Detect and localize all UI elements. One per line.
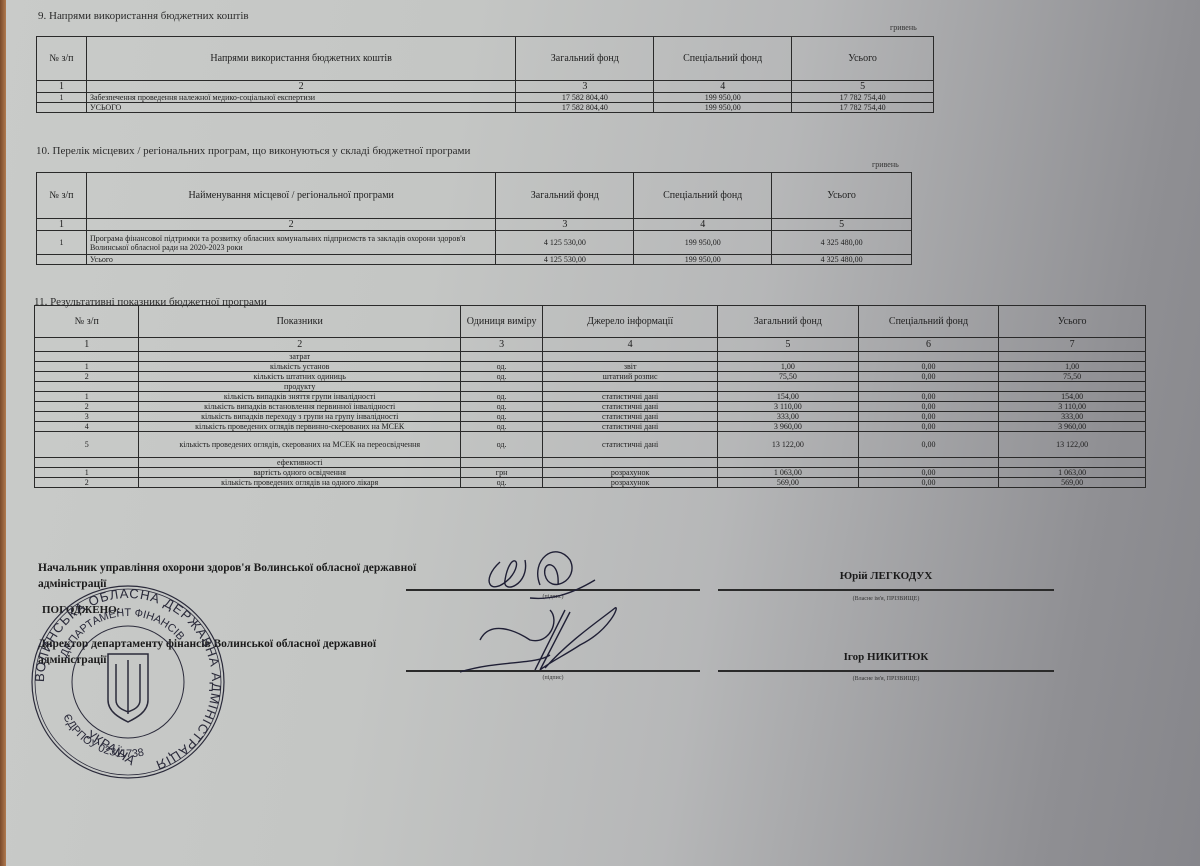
column-number: 1: [35, 338, 139, 352]
column-number: 3: [516, 81, 654, 93]
section-10-title: 10. Перелік місцевих / регіональних прог…: [36, 145, 470, 157]
empty-cell: [999, 458, 1146, 468]
group-name: затрат: [139, 352, 460, 362]
column-header: Спеціальний фонд: [858, 306, 999, 338]
row-number: 2: [35, 372, 139, 382]
total-value: 3 960,00: [999, 422, 1146, 432]
info-source: штатний розпис: [543, 372, 718, 382]
row-name: Забезпечення проведення належної медико-…: [86, 93, 515, 103]
table-row: 1кількість установод.звіт1,000,001,00: [35, 362, 1146, 372]
special-fund-value: 0,00: [858, 412, 999, 422]
indicator-name: кількість штатних одиниць: [139, 372, 460, 382]
column-number: 4: [543, 338, 718, 352]
group-row: ефективності: [35, 458, 1146, 468]
unit-value: од.: [460, 412, 542, 422]
general-fund-value: 569,00: [718, 478, 859, 488]
section-10-unit: гривень: [872, 160, 899, 169]
column-header: Усього: [999, 306, 1146, 338]
indicator-name: кількість випадків переходу з групи на г…: [139, 412, 460, 422]
info-source: статистичні дані: [543, 402, 718, 412]
group-row: затрат: [35, 352, 1146, 362]
table-row: 2кількість випадків встановлення первинн…: [35, 402, 1146, 412]
unit-value: од.: [460, 372, 542, 382]
empty-cell: [858, 458, 999, 468]
info-source: статистичні дані: [543, 432, 718, 458]
info-source: статистичні дані: [543, 392, 718, 402]
unit-value: од.: [460, 422, 542, 432]
regional-programs-table: № з/пНайменування місцевої / регіонально…: [36, 172, 912, 265]
total-value: 17 782 754,40: [792, 93, 934, 103]
column-number: 2: [139, 338, 460, 352]
column-number: 5: [718, 338, 859, 352]
indicator-name: кількість проведених оглядів на одного л…: [139, 478, 460, 488]
row-number: 3: [35, 412, 139, 422]
special-fund-value: 0,00: [858, 432, 999, 458]
name-line-2: [718, 670, 1054, 672]
general-fund-value: 1,00: [718, 362, 859, 372]
column-number: 4: [634, 219, 772, 231]
empty-cell: [858, 382, 999, 392]
column-header: Загальний фонд: [718, 306, 859, 338]
general-fund-value: 3 110,00: [718, 402, 859, 412]
info-source: статистичні дані: [543, 412, 718, 422]
group-row: продукту: [35, 382, 1146, 392]
info-source: звіт: [543, 362, 718, 372]
total-value: 1,00: [999, 362, 1146, 372]
row-number: 1: [35, 362, 139, 372]
column-header: Загальний фонд: [496, 173, 634, 219]
column-number: 6: [858, 338, 999, 352]
column-header: № з/п: [37, 173, 87, 219]
row-name: Усього: [86, 255, 495, 265]
column-number: 3: [460, 338, 542, 352]
special-fund-value: 0,00: [858, 422, 999, 432]
table-row: 3кількість випадків переходу з групи на …: [35, 412, 1146, 422]
info-source: статистичні дані: [543, 422, 718, 432]
column-header: № з/п: [37, 37, 87, 81]
column-header: Спеціальний фонд: [654, 37, 792, 81]
total-value: 13 122,00: [999, 432, 1146, 458]
group-name: ефективності: [139, 458, 460, 468]
empty-cell: [460, 352, 542, 362]
special-fund-value: 0,00: [858, 402, 999, 412]
row-number: 1: [37, 93, 87, 103]
empty-cell: [718, 382, 859, 392]
signature-1-icon: [470, 540, 610, 606]
table-row: 5кількість проведених оглядів, скеровани…: [35, 432, 1146, 458]
general-fund-value: 17 582 804,40: [516, 93, 654, 103]
name-line-1: [718, 589, 1054, 591]
empty-cell: [543, 352, 718, 362]
column-number: 1: [37, 81, 87, 93]
info-source: розрахунок: [543, 478, 718, 488]
indicator-name: кількість проведених оглядів, скерованих…: [139, 432, 460, 458]
group-name: продукту: [139, 382, 460, 392]
indicator-name: кількість проведених оглядів первинно-ск…: [139, 422, 460, 432]
indicator-name: кількість випадків зняття групи інвалідн…: [139, 392, 460, 402]
general-fund-value: 1 063,00: [718, 468, 859, 478]
table-edge: [0, 0, 6, 866]
table-row: 1Програма фінансової підтримки та розвит…: [37, 231, 912, 255]
row-number: 2: [35, 478, 139, 488]
column-number: 5: [772, 219, 912, 231]
total-value: 75,50: [999, 372, 1146, 382]
unit-value: од.: [460, 478, 542, 488]
empty-cell: [35, 458, 139, 468]
table-row: 2кількість штатних одиницьод.штатний роз…: [35, 372, 1146, 382]
budget-directions-table: № з/пНапрями використання бюджетних кошт…: [36, 36, 934, 113]
unit-value: од.: [460, 362, 542, 372]
special-fund-value: 199 950,00: [654, 93, 792, 103]
table-row: 1вартість одного освідченнягрнрозрахунок…: [35, 468, 1146, 478]
indicator-name: кількість установ: [139, 362, 460, 372]
empty-cell: [999, 352, 1146, 362]
general-fund-value: 154,00: [718, 392, 859, 402]
total-value: 154,00: [999, 392, 1146, 402]
row-number: 4: [35, 422, 139, 432]
signer-1-name: Юрій ЛЕГКОДУХ: [718, 570, 1054, 582]
general-fund-value: 4 125 530,00: [496, 255, 634, 265]
total-value: 569,00: [999, 478, 1146, 488]
column-header: Загальний фонд: [516, 37, 654, 81]
total-value: 4 325 480,00: [772, 231, 912, 255]
empty-cell: [460, 382, 542, 392]
empty-cell: [858, 352, 999, 362]
general-fund-value: 4 125 530,00: [496, 231, 634, 255]
special-fund-value: 0,00: [858, 392, 999, 402]
empty-cell: [999, 382, 1146, 392]
special-fund-value: 199 950,00: [634, 255, 772, 265]
total-row: Усього4 125 530,00199 950,004 325 480,00: [37, 255, 912, 265]
row-number: [37, 103, 87, 113]
empty-cell: [460, 458, 542, 468]
empty-cell: [543, 382, 718, 392]
row-name: Програма фінансової підтримки та розвитк…: [86, 231, 495, 255]
unit-value: од.: [460, 432, 542, 458]
column-header: № з/п: [35, 306, 139, 338]
column-number: 1: [37, 219, 87, 231]
table-row: 1кількість випадків зняття групи інвалід…: [35, 392, 1146, 402]
special-fund-value: 0,00: [858, 468, 999, 478]
indicator-name: кількість випадків встановлення первинно…: [139, 402, 460, 412]
empty-cell: [35, 382, 139, 392]
empty-cell: [543, 458, 718, 468]
column-number: 5: [792, 81, 934, 93]
total-value: 4 325 480,00: [772, 255, 912, 265]
column-number: 7: [999, 338, 1146, 352]
column-header: Усього: [792, 37, 934, 81]
special-fund-value: 0,00: [858, 372, 999, 382]
column-header: Одиниця виміру: [460, 306, 542, 338]
total-value: 3 110,00: [999, 402, 1146, 412]
special-fund-value: 199 950,00: [634, 231, 772, 255]
total-value: 1 063,00: [999, 468, 1146, 478]
row-number: 1: [35, 468, 139, 478]
name-caption-2: (Власне ім'я, ПРІЗВИЩЕ): [718, 676, 1054, 682]
special-fund-value: 199 950,00: [654, 103, 792, 113]
performance-indicators-table: № з/пПоказникиОдиниця виміруДжерело інфо…: [34, 305, 1146, 488]
table-row: 2кількість проведених оглядів на одного …: [35, 478, 1146, 488]
column-header: Джерело інформації: [543, 306, 718, 338]
general-fund-value: 333,00: [718, 412, 859, 422]
column-header: Спеціальний фонд: [634, 173, 772, 219]
unit-value: од.: [460, 392, 542, 402]
special-fund-value: 0,00: [858, 362, 999, 372]
column-number: 3: [496, 219, 634, 231]
column-number: 2: [86, 81, 515, 93]
indicator-name: вартість одного освідчення: [139, 468, 460, 478]
table-row: 4кількість проведених оглядів первинно-с…: [35, 422, 1146, 432]
column-header: Найменування місцевої / регіональної про…: [86, 173, 495, 219]
section-9-title: 9. Напрями використання бюджетних коштів: [38, 10, 249, 22]
unit-value: грн: [460, 468, 542, 478]
empty-cell: [718, 352, 859, 362]
row-number: 5: [35, 432, 139, 458]
signer-2-name: Ігор НИКИТЮК: [718, 651, 1054, 663]
column-header: Усього: [772, 173, 912, 219]
total-value: 333,00: [999, 412, 1146, 422]
unit-value: од.: [460, 402, 542, 412]
row-number: [37, 255, 87, 265]
row-name: УСЬОГО: [86, 103, 515, 113]
empty-cell: [718, 458, 859, 468]
total-row: УСЬОГО17 582 804,40199 950,0017 782 754,…: [37, 103, 934, 113]
column-number: 4: [654, 81, 792, 93]
total-value: 17 782 754,40: [792, 103, 934, 113]
column-header: Напрями використання бюджетних коштів: [86, 37, 515, 81]
signature-2-icon: [440, 600, 630, 680]
column-header: Показники: [139, 306, 460, 338]
general-fund-value: 17 582 804,40: [516, 103, 654, 113]
general-fund-value: 3 960,00: [718, 422, 859, 432]
general-fund-value: 75,50: [718, 372, 859, 382]
table-row: 1Забезпечення проведення належної медико…: [37, 93, 934, 103]
special-fund-value: 0,00: [858, 478, 999, 488]
row-number: 2: [35, 402, 139, 412]
info-source: розрахунок: [543, 468, 718, 478]
empty-cell: [35, 352, 139, 362]
general-fund-value: 13 122,00: [718, 432, 859, 458]
name-caption-1: (Власне ім'я, ПРІЗВИЩЕ): [718, 596, 1054, 602]
row-number: 1: [37, 231, 87, 255]
row-number: 1: [35, 392, 139, 402]
section-9-unit: гривень: [890, 23, 917, 32]
column-number: 2: [86, 219, 495, 231]
